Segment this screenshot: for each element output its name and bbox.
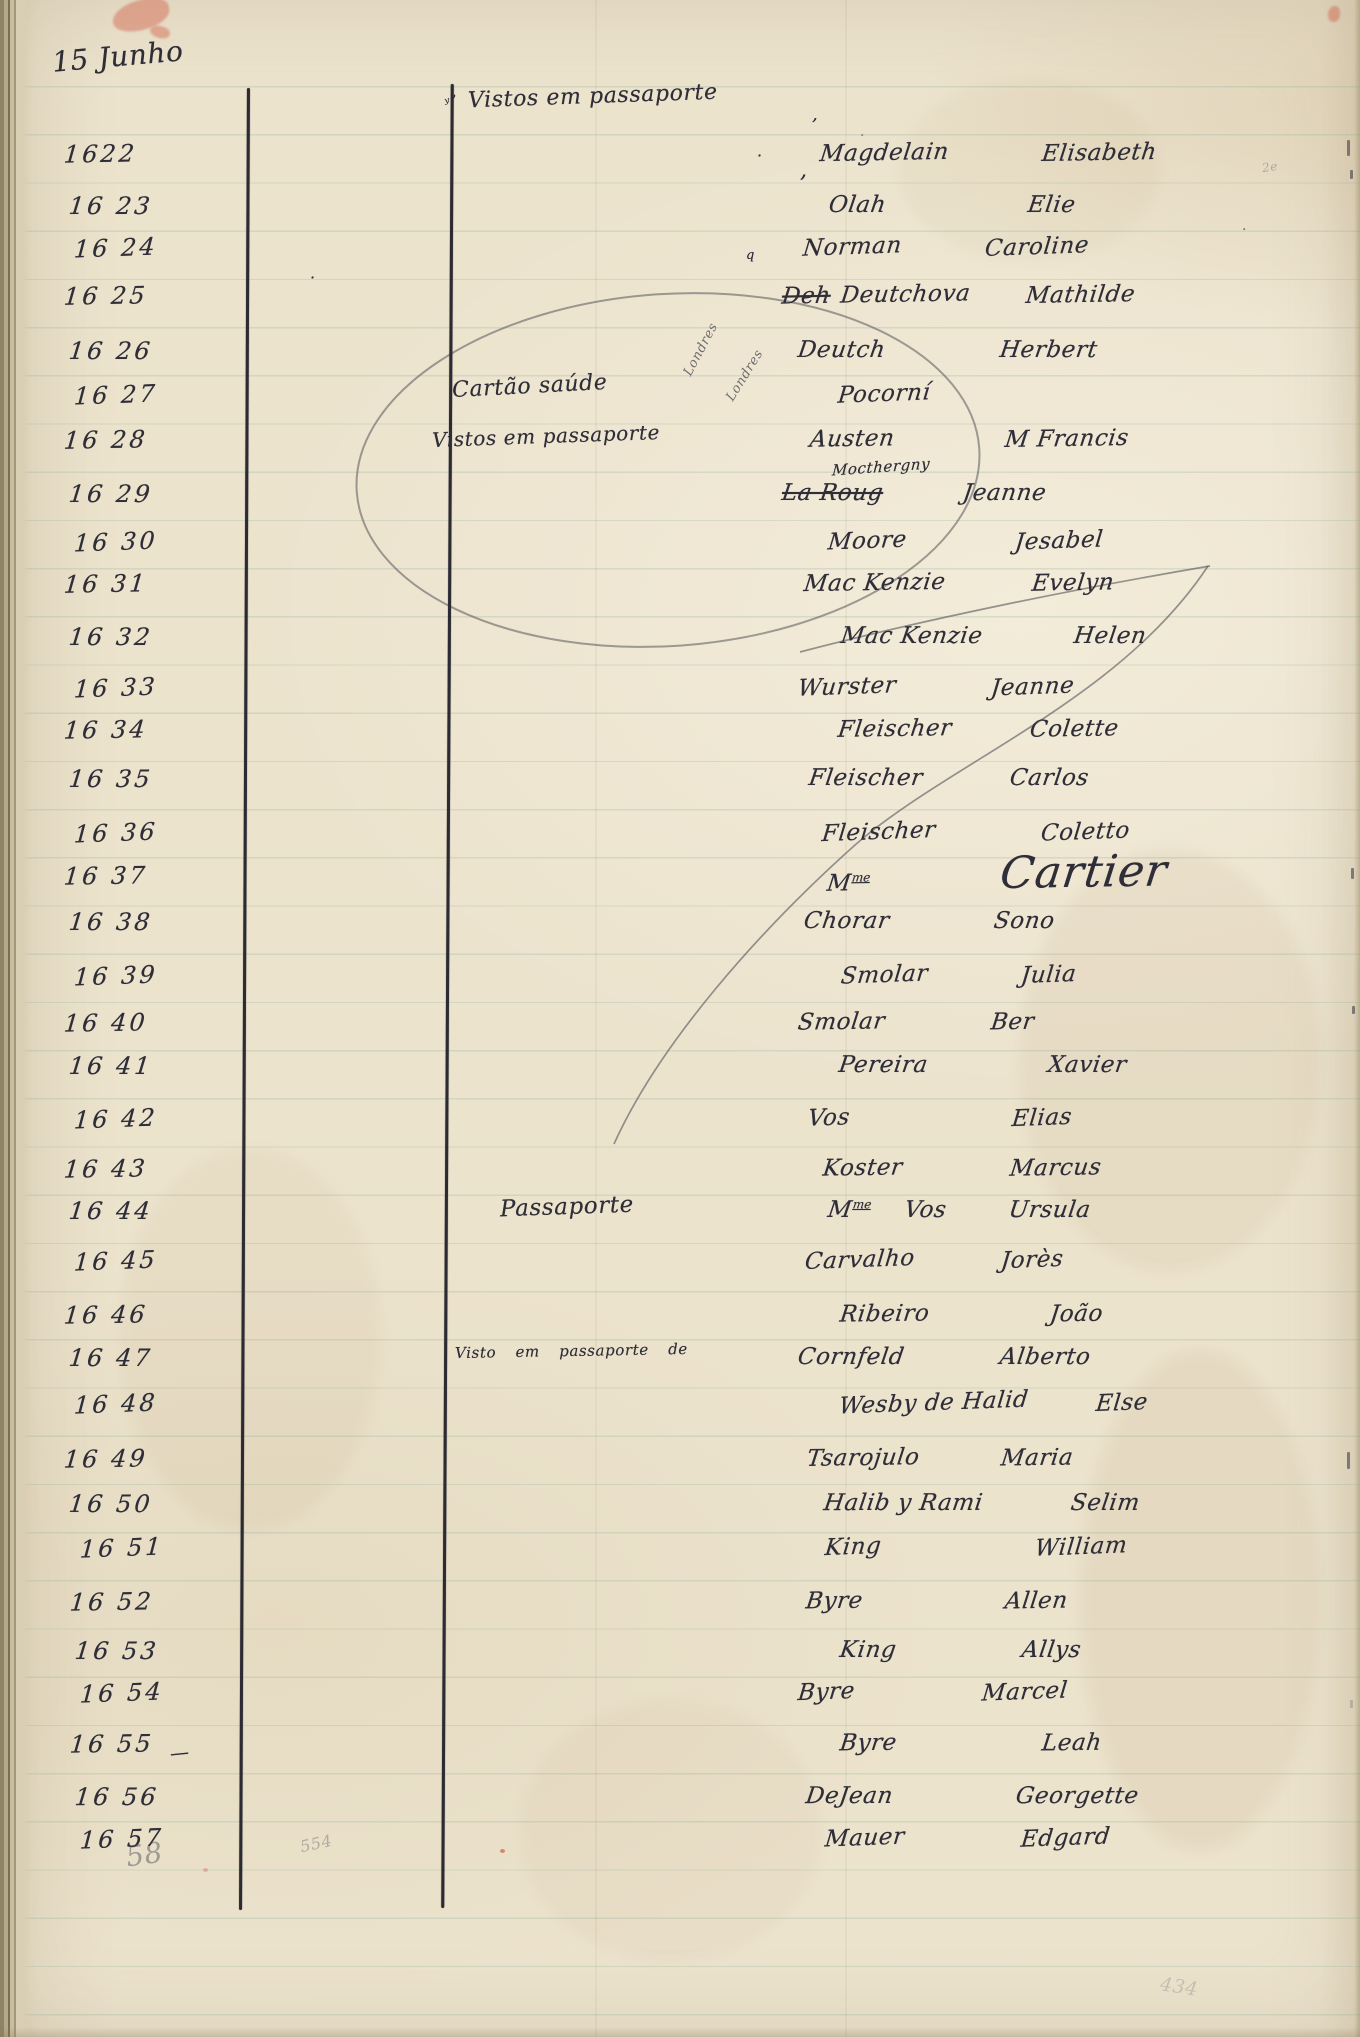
surname: DeJean — [804, 1783, 895, 1809]
row-number: 16 40 — [63, 1008, 149, 1037]
row-number: 16 26 — [68, 337, 155, 365]
given-name: M Francis — [1004, 424, 1131, 452]
row-number: 16 46 — [63, 1300, 149, 1329]
given-name: Alberto — [998, 1343, 1092, 1369]
surname: Pereira — [837, 1052, 930, 1078]
given-name: Elisabeth — [1040, 139, 1158, 167]
honorific-prefix: Mme — [825, 870, 871, 897]
given-name: Coletto — [1040, 817, 1132, 846]
given-name: Xavier — [1046, 1052, 1128, 1078]
row-number: 16 31 — [63, 569, 149, 598]
given-name: Mathilde — [1025, 281, 1137, 309]
given-name: Marcus — [1008, 1155, 1103, 1182]
given-name: Allen — [1003, 1587, 1069, 1614]
surname-text: Vos — [903, 1197, 949, 1223]
surname: Tsarojulo — [805, 1444, 921, 1472]
surname: Mac Kenzie — [802, 569, 947, 597]
given-name: Jeanne — [989, 672, 1075, 701]
surname: Vos — [806, 1104, 851, 1132]
surname-text: Vos — [806, 1104, 851, 1132]
ledger-row: 16 31Mac KenzieEvelyn — [0, 570, 1360, 610]
ledger-row: 16 25DehDeutchovaMathilde — [0, 282, 1360, 322]
surname: Moore — [827, 526, 909, 555]
given-name: Leah — [1040, 1730, 1103, 1757]
given-name: Marcel — [981, 1677, 1069, 1706]
row-number: 16 43 — [63, 1155, 149, 1184]
ledger-row: 16 47CornfeldAlberto — [0, 1344, 1360, 1384]
surname: Carvalho — [804, 1245, 916, 1275]
surname: Magdelain — [818, 139, 950, 167]
ledger-row: 16 42VosElias — [0, 1105, 1360, 1145]
ledger-row: 16 41PereiraXavier — [0, 1052, 1360, 1092]
surname-text: Moore — [827, 526, 909, 555]
surname: MmeCartier — [825, 845, 1171, 901]
given-name: Herbert — [999, 337, 1100, 363]
ledger-row: 16 23OlahElie — [0, 192, 1360, 232]
ledger-row: 16 26DeutchHerbert — [0, 337, 1360, 377]
surname-text: Cartier — [997, 845, 1170, 899]
surname-text: Smolar — [796, 1008, 886, 1035]
surname: Smolar — [796, 1008, 886, 1035]
red-ink-dot — [203, 1868, 208, 1872]
ledger-row: 16 43KosterMarcus — [0, 1155, 1360, 1195]
row-number: 16 39 — [73, 961, 159, 992]
ledger-row: 16 53KingAllys — [0, 1637, 1360, 1677]
row-number: 16 29 — [68, 480, 155, 508]
ledger-row: 16 44MmeVosUrsula — [0, 1197, 1360, 1237]
surname-text: Fleischer — [807, 765, 924, 791]
surname: Byre — [838, 1730, 898, 1757]
surname: Smolar — [839, 961, 929, 990]
given-name: Sono — [992, 908, 1056, 934]
column-header: Vistos em passaporte — [468, 80, 718, 114]
row-number: 16 23 — [68, 192, 155, 220]
surname: Halib y Rami — [823, 1490, 985, 1516]
struck-surname: La Roug — [780, 480, 885, 506]
surname-text: Carvalho — [804, 1245, 916, 1275]
given-name: Selim — [1070, 1490, 1143, 1516]
surname-text: Pereira — [837, 1052, 930, 1078]
surname-text: Koster — [822, 1155, 905, 1182]
row-number: 16 41 — [68, 1052, 155, 1080]
stray-ink-mark: ʸ” — [443, 93, 460, 112]
surname: Mac Kenzie — [839, 623, 984, 649]
row-number: 16 57 — [79, 1823, 165, 1854]
surname-text: Deutch — [797, 337, 888, 363]
given-name: Elie — [1027, 192, 1078, 218]
ledger-page: 15 Junho Vistos em passaporte Cartão saú… — [0, 0, 1360, 2037]
row-number: 16 32 — [68, 623, 155, 651]
ledger-row: 16 55ByreLeah — [0, 1730, 1360, 1770]
row-number: 16 45 — [73, 1246, 159, 1277]
ledger-row: 16 28AustenM Francis — [0, 426, 1360, 466]
surname: Deutch — [797, 337, 888, 363]
surname-text: Wurster — [797, 672, 898, 702]
row-number: 16 53 — [74, 1637, 161, 1665]
surname: King — [838, 1637, 898, 1663]
surname-text: Austen — [808, 425, 896, 452]
given-name: Jorès — [1000, 1246, 1065, 1274]
surname-text: Cornfeld — [796, 1343, 906, 1369]
surname: Chorar — [803, 908, 892, 934]
ledger-row: 16 50Halib y RamiSelim — [0, 1490, 1360, 1530]
row-number: 16 48 — [73, 1389, 159, 1420]
ledger-row: 16 57MauerEdgard — [0, 1825, 1360, 1865]
surname-text: Tsarojulo — [805, 1444, 921, 1472]
given-name: João — [1048, 1300, 1104, 1327]
surname-text: King — [838, 1637, 898, 1663]
surname-text: Norman — [802, 232, 904, 262]
ledger-row: 16 51KingWilliam — [0, 1534, 1360, 1574]
row-number: 16 49 — [63, 1444, 149, 1473]
surname-text: King — [824, 1533, 883, 1561]
ledger-row: 16 39SmolarJulia — [0, 962, 1360, 1002]
surname-text: Mac Kenzie — [802, 569, 947, 597]
given-name: Evelyn — [1031, 569, 1116, 596]
ledger-row: 16 37MmeCartier — [0, 862, 1360, 902]
surname-text: Byre — [804, 1587, 864, 1614]
row-number: 16 35 — [68, 765, 155, 793]
surname: Byre — [804, 1587, 864, 1614]
surname-text: Smolar — [839, 961, 929, 990]
ledger-row: 16 46RibeiroJoão — [0, 1301, 1360, 1341]
given-name: Elias — [1011, 1104, 1074, 1132]
given-name: Georgette — [1014, 1783, 1140, 1809]
given-name: Colette — [1029, 715, 1121, 742]
surname-text: Deutchova — [839, 281, 972, 309]
surname-text: Pocorní — [836, 379, 931, 408]
row-number: 16 34 — [63, 715, 149, 744]
ledger-row: 16 40SmolarBer — [0, 1009, 1360, 1049]
ledger-row: 16 54ByreMarcel — [0, 1679, 1360, 1719]
row-number: 16 50 — [68, 1490, 155, 1518]
surname-text: Ribeiro — [839, 1300, 932, 1327]
ledger-row: 1622MagdelainElisabeth — [0, 140, 1360, 180]
surname: Wurster — [797, 672, 898, 702]
given-name: Allys — [1020, 1637, 1083, 1663]
date-header: 15 Junho — [51, 34, 185, 78]
bottom-right-pencil-note: 434 — [1159, 1973, 1200, 2001]
row-number: 16 52 — [69, 1587, 155, 1616]
red-pencil-mark — [1328, 6, 1340, 22]
ledger-row: 16 27Pocorní — [0, 381, 1360, 421]
ledger-row: 16 29La RougJeanne — [0, 480, 1360, 520]
ledger-row: 16 38ChorarSono — [0, 908, 1360, 948]
given-name: William — [1034, 1532, 1129, 1562]
ledger-row: 16 52ByreAllen — [0, 1588, 1360, 1628]
surname: La Roug — [780, 480, 895, 506]
surname: Cornfeld — [796, 1343, 906, 1369]
row-number: 16 33 — [73, 672, 159, 703]
ledger-row: 16 35FleischerCarlos — [0, 765, 1360, 805]
surname: Wesby de Halid — [838, 1387, 1030, 1420]
surname: DehDeutchova — [780, 281, 972, 310]
row-number: 16 27 — [73, 379, 159, 410]
surname: King — [824, 1533, 883, 1561]
surname-text: Fleischer — [821, 817, 937, 847]
surname: MmeVos — [826, 1197, 948, 1223]
surname-text: Olah — [828, 192, 889, 218]
surname-text: Chorar — [803, 908, 892, 934]
stray-ink-mark: , — [812, 104, 818, 125]
given-name: Jesabel — [1014, 526, 1105, 555]
surname: Norman — [802, 232, 904, 262]
ledger-row: 16 45CarvalhoJorès — [0, 1247, 1360, 1287]
ledger-row: 16 30MooreJesabel — [0, 528, 1360, 568]
surname-text: Mauer — [824, 1823, 906, 1852]
given-name: Edgard — [1020, 1823, 1112, 1852]
row-number: 16 42 — [73, 1104, 159, 1135]
row-number: 16 47 — [68, 1343, 155, 1371]
ledger-row: 16 33WursterJeanne — [0, 674, 1360, 714]
ledger-row: 16 48Wesby de HalidElse — [0, 1390, 1360, 1430]
surname-text: Magdelain — [818, 139, 950, 167]
surname: Byre — [797, 1678, 857, 1706]
row-number: 16 25 — [63, 282, 149, 311]
surname: Koster — [822, 1155, 905, 1182]
given-name: Else — [1094, 1389, 1149, 1417]
row-number: 16 54 — [79, 1677, 165, 1708]
surname-text: Byre — [838, 1730, 898, 1757]
ledger-row: 16 34FleischerColette — [0, 716, 1360, 756]
surname-text: Byre — [797, 1678, 857, 1706]
row-number: 16 55 — [69, 1729, 155, 1758]
row-number: 16 44 — [68, 1197, 155, 1225]
surname: Fleischer — [821, 817, 937, 847]
row-number: 16 28 — [63, 425, 149, 454]
page-bottom-edge — [0, 2027, 1360, 2037]
surname: Ribeiro — [839, 1300, 932, 1327]
given-name: Jeanne — [961, 480, 1048, 506]
ledger-row: 16 24NormanCaroline — [0, 234, 1360, 274]
surname-text: Halib y Rami — [823, 1490, 985, 1516]
surname-text: DeJean — [804, 1783, 895, 1809]
given-name: Caroline — [984, 232, 1091, 262]
row-number: 1622 — [63, 139, 139, 168]
surname: Olah — [828, 192, 889, 218]
struck-surname: Deh — [780, 283, 832, 310]
row-number: 16 24 — [73, 232, 159, 263]
row-number: 16 56 — [74, 1783, 161, 1811]
surname: Fleischer — [837, 715, 954, 743]
row-number: 16 37 — [63, 861, 149, 890]
given-name: Julia — [1019, 961, 1077, 989]
given-name: Maria — [999, 1444, 1075, 1471]
honorific-prefix: Mme — [826, 1197, 872, 1223]
row-number: 16 51 — [79, 1532, 165, 1563]
given-name: Ber — [989, 1009, 1036, 1036]
row-number: 16 30 — [73, 526, 159, 557]
surname: Mauer — [824, 1823, 906, 1852]
given-name: Carlos — [1008, 765, 1091, 791]
surname-text: Mac Kenzie — [839, 623, 984, 649]
surname-text: Wesby de Halid — [838, 1387, 1030, 1420]
row-number: 16 38 — [68, 908, 155, 936]
surname: Fleischer — [807, 765, 924, 791]
given-name: Ursula — [1007, 1197, 1092, 1223]
surname: Austen — [808, 425, 896, 452]
ledger-row: 16 32Mac KenzieHelen — [0, 623, 1360, 663]
row-number: 16 36 — [73, 817, 159, 848]
given-name: Helen — [1072, 623, 1148, 649]
surname: Pocorní — [836, 379, 931, 408]
ledger-row: 16 56DeJeanGeorgette — [0, 1783, 1360, 1823]
surname-text: Fleischer — [837, 715, 954, 743]
ledger-row: 16 49TsarojuloMaria — [0, 1445, 1360, 1485]
